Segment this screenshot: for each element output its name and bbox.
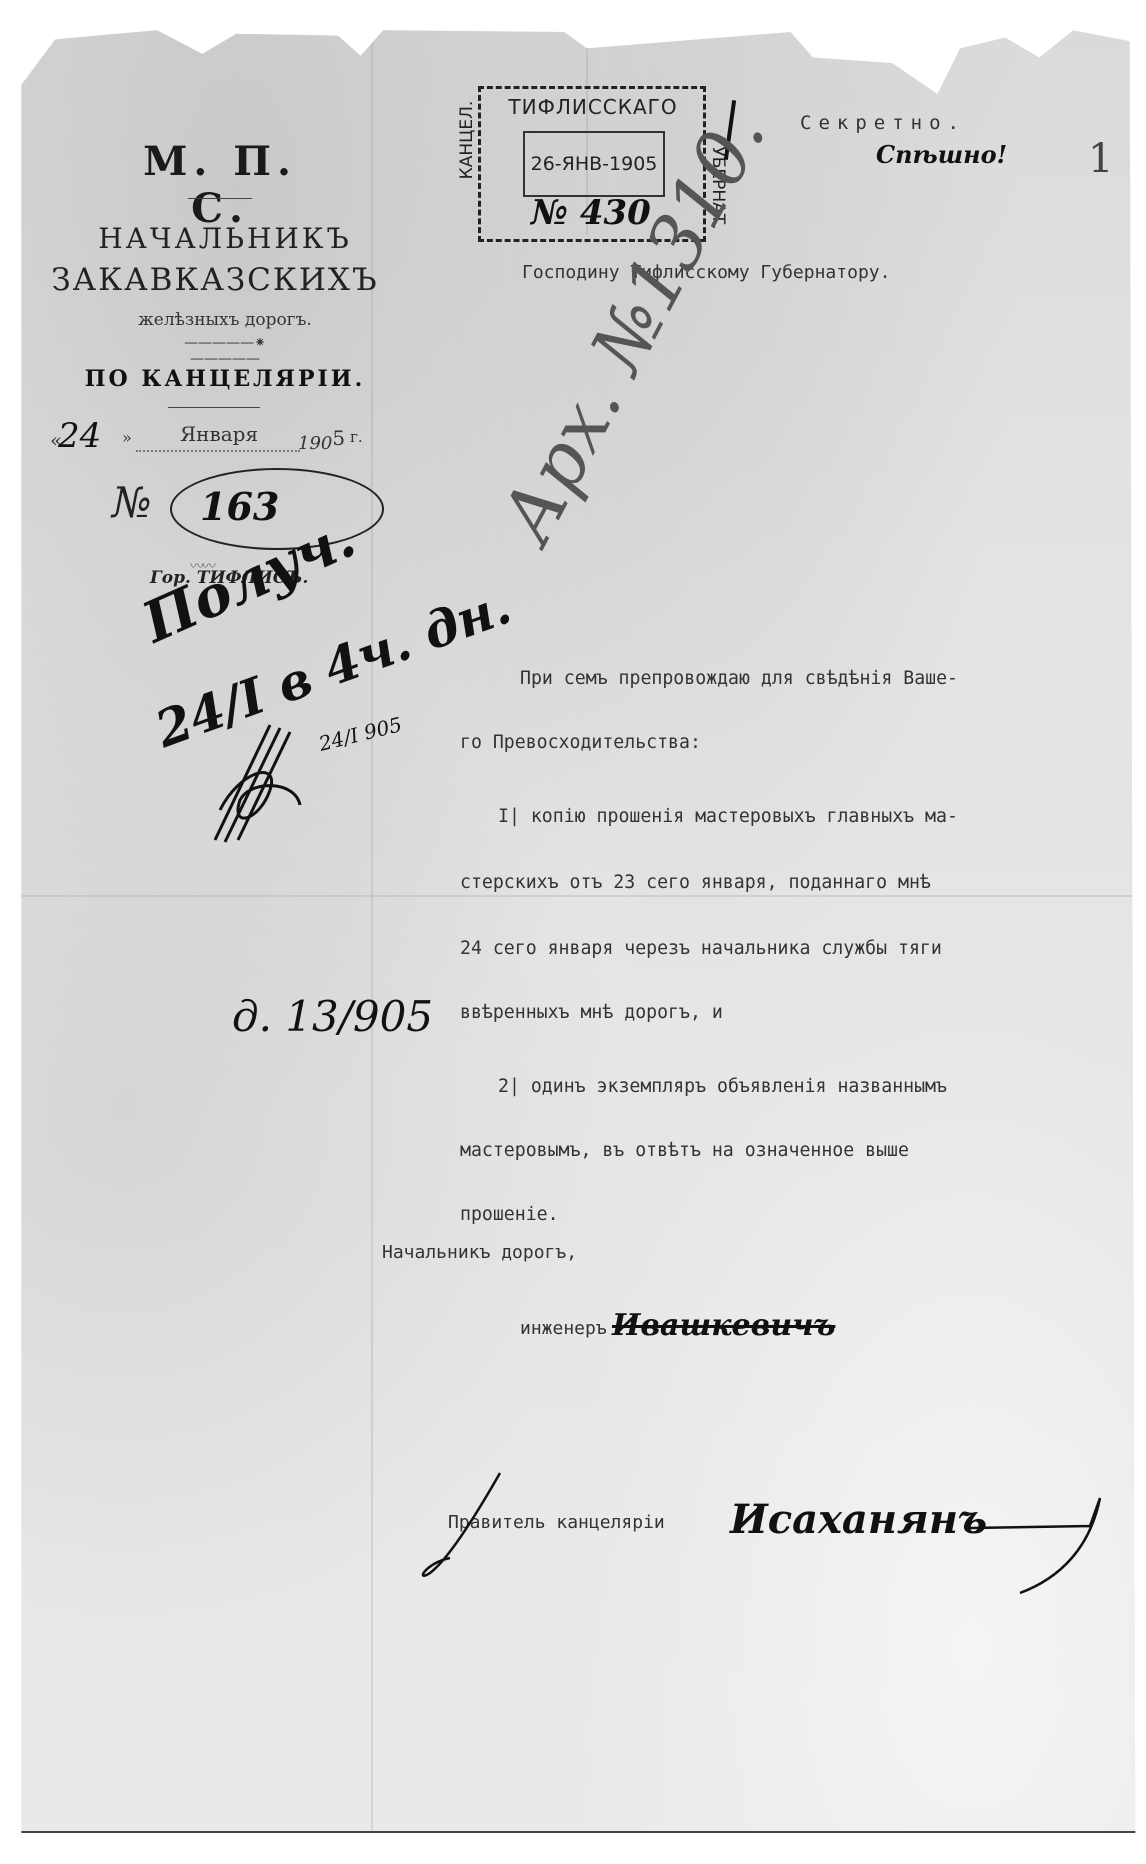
stamp-top-text: ТИФЛИССКАГО [503,95,683,119]
date-year: 1905 [298,426,345,454]
body-line: 2| одинъ экземпляръ объявленія названным… [498,1076,947,1097]
date-dotted-line [136,450,300,452]
letterhead-department: ПО КАНЦЕЛЯРІИ. [80,366,370,392]
stamp-number: № 430 [531,193,651,233]
paper-crease [11,895,1141,897]
signature-title: Начальникъ дорогъ, [382,1242,577,1263]
case-reference: д. 13/905 [232,992,433,1041]
body-line: мастеровымъ, въ отвѣтъ на означенное выш… [460,1140,909,1161]
body-line: При семъ препровождаю для свѣдѣнія Ваше- [520,668,958,689]
body-line: прошеніе. [460,1204,559,1225]
signature-flourish-icon [410,1468,1110,1598]
urgent-handwritten-note: Спѣшно! [876,140,1007,169]
initials-scribble-icon [200,720,320,850]
engineer-signature: Ивашкевичъ [612,1308,835,1343]
body-line: го Превосходительства: [460,732,701,753]
outgoing-number: 163 [200,484,279,529]
page-number: 1 [1088,136,1113,182]
body-line: стерскихъ отъ 23 сего января, поданнаго … [460,872,931,893]
number-sign-icon: № [112,478,152,527]
body-line: I| копію прошенія мастеровыхъ главныхъ м… [498,806,958,827]
stamp-date: 26-ЯНВ-1905 [523,131,665,197]
date-month: Января [180,422,258,446]
letterhead-ministry: М. П. С. [130,138,310,232]
body-line: ввѣренныхъ мнѣ дорогъ, и [460,1002,723,1023]
stamp-left-text: КАНЦЕЛ. [457,95,477,185]
letterhead-ornament: —————⁕————— [170,335,280,367]
classification-label: Секретно. [800,112,966,134]
letterhead-divider [168,407,260,408]
engineer-label: инженеръ [520,1318,607,1339]
letterhead-title-line2: ЗАКАВКАЗСКИХЪ [50,262,380,298]
date-suffix: г. [350,428,363,446]
letterhead-divider [188,198,252,199]
letterhead-title-line1: НАЧАЛЬНИКЪ [80,222,370,255]
date-close-quote: » [122,428,132,447]
letterhead-date: « 24 » Января 1905 г. [50,424,350,454]
body-line: 24 сего января черезъ начальника службы … [460,938,942,959]
letterhead-title-line3: желѣзныхъ дорогъ. [80,310,370,330]
date-day: 24 [58,416,101,456]
